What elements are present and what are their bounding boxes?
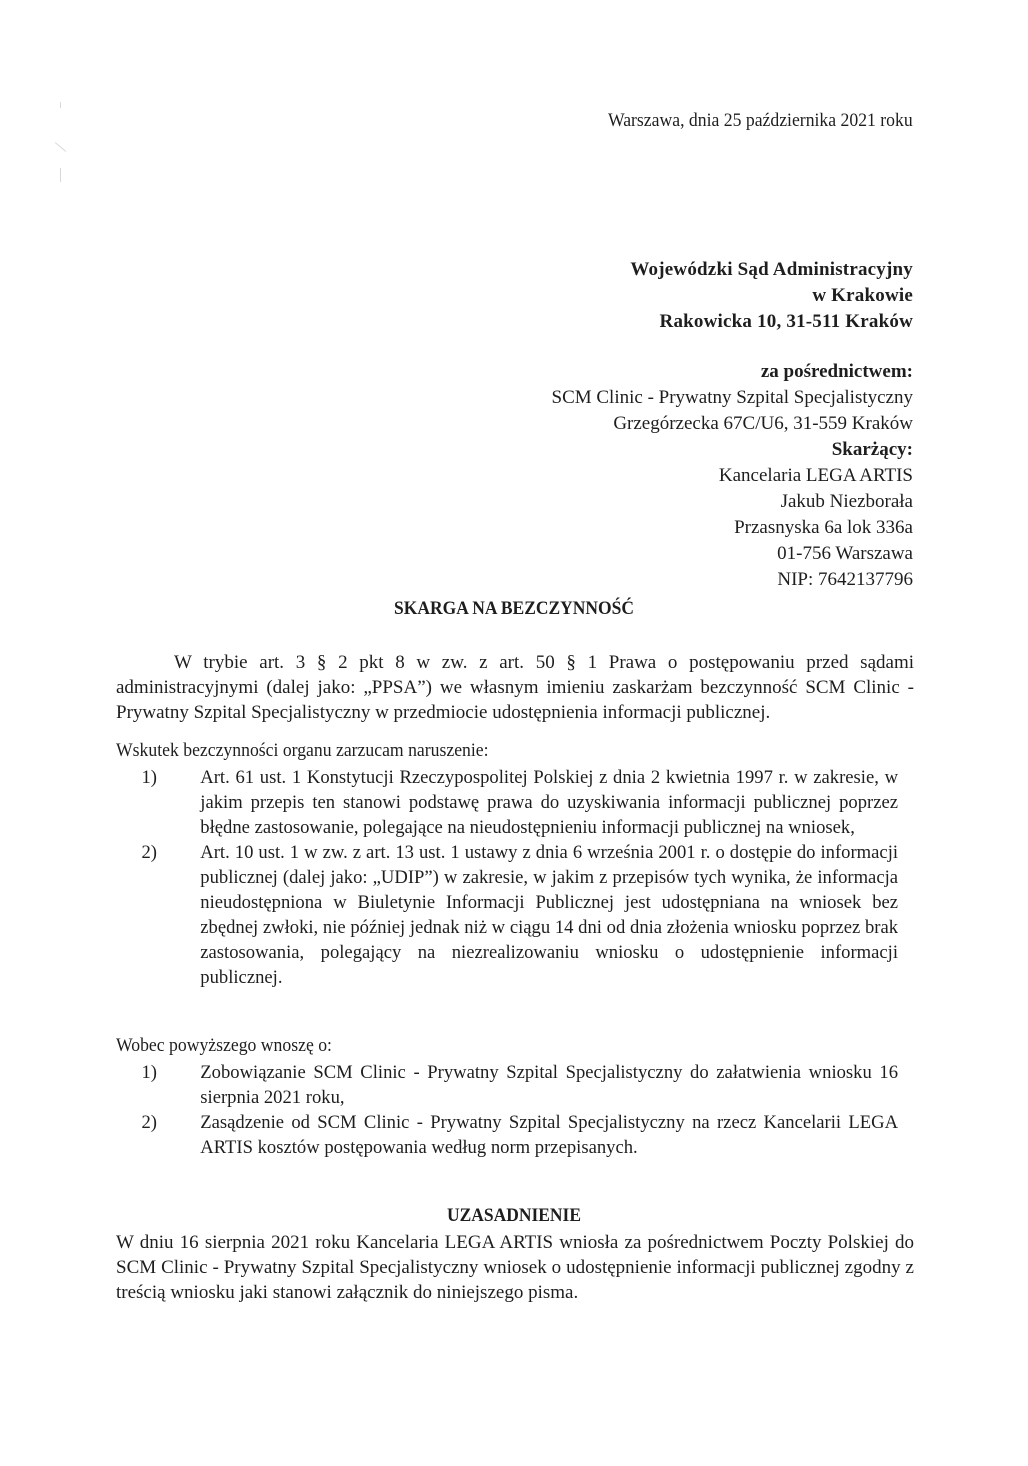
court-city: w Krakowie (453, 283, 913, 309)
requests-list: 1) Zobowiązanie SCM Clinic - Prywatny Sz… (116, 1060, 914, 1160)
parties-block: za pośrednictwem: SCM Clinic - Prywatny … (393, 359, 913, 593)
violations-intro: Wskutek bezczynności organu zarzucam nar… (116, 740, 489, 762)
complainant-nip: NIP: 7642137796 (393, 567, 913, 593)
list-item-text: Zasądzenie od SCM Clinic - Prywatny Szpi… (200, 1112, 898, 1158)
document-title: SKARGA NA BEZCZYNNOŚĆ (41, 598, 987, 620)
court-name: Wojewódzki Sąd Administracyjny (453, 257, 913, 283)
scan-artifact (60, 168, 61, 182)
complainant-city: 01-756 Warszawa (393, 541, 913, 567)
list-item: 2) Zasądzenie od SCM Clinic - Prywatny S… (116, 1110, 898, 1160)
intermediary-name: SCM Clinic - Prywatny Szpital Specjalist… (393, 385, 913, 411)
intro-paragraph: W trybie art. 3 § 2 pkt 8 w zw. z art. 5… (116, 650, 914, 725)
intro-paragraph-text: W trybie art. 3 § 2 pkt 8 w zw. z art. 5… (116, 652, 914, 723)
list-item-number: 1) (141, 765, 157, 790)
list-item-number: 2) (141, 1110, 157, 1135)
complainant-street: Przasnyska 6a lok 336a (393, 515, 913, 541)
scan-artifact (60, 102, 61, 108)
complainant-firm: Kancelaria LEGA ARTIS (393, 463, 913, 489)
requests-intro: Wobec powyższego wnoszę o: (116, 1035, 332, 1057)
court-address: Rakowicka 10, 31-511 Kraków (453, 309, 913, 335)
justification-paragraph: W dniu 16 sierpnia 2021 roku Kancelaria … (116, 1230, 914, 1305)
list-item-text: Art. 10 ust. 1 w zw. z art. 13 ust. 1 us… (200, 842, 898, 988)
list-item-number: 2) (141, 840, 157, 865)
intermediary-address: Grzegórzecka 67C/U6, 31-559 Kraków (393, 411, 913, 437)
intermediary-label: za pośrednictwem: (393, 359, 913, 385)
list-item-number: 1) (141, 1060, 157, 1085)
list-item-text: Art. 61 ust. 1 Konstytucji Rzeczypospoli… (200, 767, 898, 838)
list-item: 1) Zobowiązanie SCM Clinic - Prywatny Sz… (116, 1060, 898, 1110)
scan-artifact (55, 142, 66, 152)
list-item-text: Zobowiązanie SCM Clinic - Prywatny Szpit… (200, 1062, 898, 1108)
complainant-label: Skarżący: (393, 437, 913, 463)
place-date: Warszawa, dnia 25 października 2021 roku (608, 110, 913, 132)
complainant-person: Jakub Niezborała (393, 489, 913, 515)
list-item: 1) Art. 61 ust. 1 Konstytucji Rzeczyposp… (116, 765, 898, 840)
recipient-court: Wojewódzki Sąd Administracyjny w Krakowi… (453, 257, 913, 335)
list-item: 2) Art. 10 ust. 1 w zw. z art. 13 ust. 1… (116, 840, 898, 990)
justification-heading: UZASADNIENIE (41, 1205, 987, 1227)
violations-list: 1) Art. 61 ust. 1 Konstytucji Rzeczyposp… (116, 765, 914, 990)
